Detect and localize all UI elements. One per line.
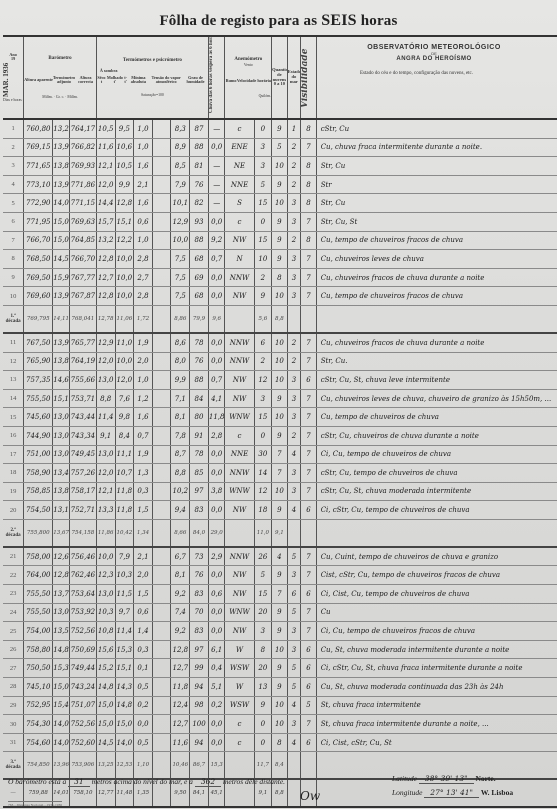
alt_cor-summary: 754,158 (69, 519, 96, 547)
tensao-cell: 7,8 (171, 426, 190, 445)
grau-cell: 76 (190, 352, 209, 371)
rumo-cell: WSW (225, 659, 254, 678)
rumo-cell: NNW (225, 268, 254, 287)
sky-state-header: Estado do céu e do tempo, configuração d… (360, 71, 473, 76)
vel-cell: 13 (254, 678, 272, 697)
vis-cell: 7 (301, 566, 317, 585)
table-row: 12765,9013,8764,1912,010,02,08,0760,0NNW… (3, 352, 557, 371)
chuva-cell: 0,0 (208, 445, 225, 464)
molh-cell: 12,8 (115, 194, 134, 213)
diff-summary: 1,72 (134, 305, 153, 333)
alt_cor-cell: 753,92 (69, 603, 96, 622)
mar-cell: 2 (287, 138, 300, 157)
nuv-cell: 8 (272, 268, 288, 287)
term-cell: 15,0 (53, 678, 70, 697)
term-cell: 14,0 (53, 733, 70, 752)
diff-cell: 0,6 (134, 212, 153, 231)
term-cell: 13,2 (53, 119, 70, 138)
decade-summary-row: 1.ª década769,79514,11768,04112,7811,061… (3, 305, 557, 333)
nuv-cell: 9 (272, 175, 288, 194)
alt_cor-cell: 771,86 (69, 175, 96, 194)
diff-cell: 1,6 (134, 194, 153, 213)
alt_ap-cell: 772,90 (24, 194, 53, 213)
term-cell: 15,1 (53, 389, 70, 408)
tensao-cell: 12,4 (171, 696, 190, 715)
table-row: 2769,1513,9766,8211,610,61,08,9880,0ENE3… (3, 138, 557, 157)
alt_cor-cell: 753,71 (69, 389, 96, 408)
tensao-cell: 9,2 (171, 622, 190, 641)
alt_cor-cell: 757,26 (69, 464, 96, 483)
vis-cell: 7 (301, 408, 317, 427)
alt_cor-cell: 764,85 (69, 231, 96, 250)
vis-cell: 7 (301, 268, 317, 287)
rumo-cell: NW (225, 501, 254, 520)
vel-cell: 15 (254, 231, 272, 250)
min-cell (152, 464, 171, 483)
alt_cor-cell: 753,64 (69, 585, 96, 604)
alt_cor-cell: 752,56 (69, 715, 96, 734)
chuva-cell: — (208, 194, 225, 213)
mar-cell: 3 (287, 212, 300, 231)
grau-cell: 83 (190, 501, 209, 520)
day-cell: 30 (3, 715, 24, 734)
mar-cell: 3 (287, 408, 300, 427)
alt_cor-cell: 764,19 (69, 352, 96, 371)
diff-cell: 2,8 (134, 250, 153, 269)
alt_ap-cell: 755,50 (24, 585, 53, 604)
table-row: 8768,5014,5766,7012,810,02,87,5680,7N109… (3, 250, 557, 269)
seco-cell: 13,2 (96, 231, 115, 250)
molh-cell: 10,6 (115, 138, 134, 157)
day-cell: 10 (3, 287, 24, 306)
vis-cell: 6 (301, 678, 317, 697)
nuv-cell: 7 (272, 464, 288, 483)
alt_ap-cell: 765,90 (24, 352, 53, 371)
vel-cell: 5 (254, 175, 272, 194)
seco-cell: 8,8 (96, 389, 115, 408)
chuva-cell: 0,0 (208, 352, 225, 371)
molh-cell: 10,7 (115, 464, 134, 483)
grau-cell: 83 (190, 622, 209, 641)
tensao-cell: 12,7 (171, 715, 190, 734)
vis-cell: 8 (301, 119, 317, 138)
diff-cell: 1,6 (134, 157, 153, 176)
seco-cell: 13,3 (96, 501, 115, 520)
grau-cell: 76 (190, 175, 209, 194)
vis-cell: 5 (301, 696, 317, 715)
tensao-cell: 8,1 (171, 408, 190, 427)
day-cell: 3 (3, 157, 24, 176)
day-cell: 28 (3, 678, 24, 697)
grau-cell: 81 (190, 157, 209, 176)
table-row: 17751,0013,0749,4513,011,11,98,7780,0NNE… (3, 445, 557, 464)
summary-label: 1.ª década (3, 305, 24, 333)
alt_ap-cell: 754,50 (24, 501, 53, 520)
rumo-cell: WNW (225, 408, 254, 427)
vel-cell: 12 (254, 371, 272, 390)
rumo-cell: NNW (225, 547, 254, 566)
rumo-cell: c (225, 733, 254, 752)
seco-cell: 11,6 (96, 138, 115, 157)
chuva-cell: 0,7 (208, 371, 225, 390)
vel-cell: 5 (254, 566, 272, 585)
vel-summary: 11,0 (254, 519, 272, 547)
molh-cell: 14,8 (115, 696, 134, 715)
anemometer-group: Anemómetro Vento Rumo Velocidade horária… (225, 37, 272, 119)
molh-cell: 11,4 (115, 622, 134, 641)
min-cell (152, 445, 171, 464)
nuv-cell: 10 (272, 194, 288, 213)
rem-cell: cStr, Cu, chuveiros de chuva durante a n… (316, 426, 557, 445)
seco-cell: 12,0 (96, 352, 115, 371)
table-row: 20754,5013,1752,7113,311,81,59,4830,0NW1… (3, 501, 557, 520)
vel-cell: 8 (254, 640, 272, 659)
min-summary (152, 305, 171, 333)
chuva-cell: 0,0 (208, 268, 225, 287)
barometer-note: O barómetro está a 31 metros acima do ni… (8, 777, 285, 786)
chuva-cell: — (208, 119, 225, 138)
alt_ap-cell: 755,50 (24, 389, 53, 408)
vis-cell: 7 (301, 445, 317, 464)
vis-cell: 6 (301, 733, 317, 752)
alt_ap-cell: 758,90 (24, 464, 53, 483)
rem-cell: Cu, chuveiros leves de chuva, chuveiro d… (316, 389, 557, 408)
tensao-cell: 8,9 (171, 138, 190, 157)
alt_cor-cell: 765,77 (69, 333, 96, 352)
seco-summary: 11,86 (96, 519, 115, 547)
diff-cell: 0,5 (134, 678, 153, 697)
rumo-cell: W (225, 678, 254, 697)
seco-summary: 12,78 (96, 305, 115, 333)
mar-cell: 3 (287, 194, 300, 213)
mar-cell: 5 (287, 659, 300, 678)
molh-cell: 11,8 (115, 482, 134, 501)
tensao-cell: 9,2 (171, 585, 190, 604)
nuv-cell: 10 (272, 371, 288, 390)
molh-cell: 7,9 (115, 547, 134, 566)
vel-cell: 3 (254, 138, 272, 157)
alt_ap-summary: 769,795 (24, 305, 53, 333)
alt_ap-cell: 771,65 (24, 157, 53, 176)
tensao-cell: 7,4 (171, 603, 190, 622)
chuva-cell: 4,1 (208, 389, 225, 408)
vis-summary (301, 519, 317, 547)
vel-cell: 2 (254, 268, 272, 287)
vel-cell: 30 (254, 445, 272, 464)
min-cell (152, 482, 171, 501)
rem-cell: Cist, cStr, Cu, tempo de chuveiros fraco… (316, 566, 557, 585)
molh-cell: 11,5 (115, 585, 134, 604)
table-row: 25754,0013,5752,5610,811,41,49,2830,0NW3… (3, 622, 557, 641)
diff-cell: 0,6 (134, 603, 153, 622)
term-cell: 13,9 (53, 333, 70, 352)
rem-cell: Cu, chuva fraca intermitente durante a n… (316, 138, 557, 157)
min-cell (152, 371, 171, 390)
term-cell: 13,9 (53, 175, 70, 194)
alt_ap-cell: 752,95 (24, 696, 53, 715)
rem-cell: St, chuva fraca intermitente (316, 696, 557, 715)
vis-cell: 8 (301, 231, 317, 250)
tensao-cell: 7,5 (171, 268, 190, 287)
alt_cor-cell: 758,17 (69, 482, 96, 501)
molh-cell: 12,0 (115, 371, 134, 390)
mar-cell: 4 (287, 696, 300, 715)
table-row: 1760,8013,2764,1710,59,51,08,387—c0918cS… (3, 119, 557, 138)
alt_ap-cell: 769,60 (24, 287, 53, 306)
diff-cell: 1,6 (134, 408, 153, 427)
grau-cell: 69 (190, 268, 209, 287)
mar-cell: 1 (287, 119, 300, 138)
rem-cell: cStr, Cu, St, chuva leve intermitente (316, 371, 557, 390)
nuv-cell: 10 (272, 696, 288, 715)
rem-summary (316, 519, 557, 547)
rem-cell: Cu, chuveiros fracos de chuva durante a … (316, 268, 557, 287)
rem-summary (316, 305, 557, 333)
seco-cell: 14,4 (96, 194, 115, 213)
min-cell (152, 640, 171, 659)
nuv-cell: 10 (272, 157, 288, 176)
molh-cell: 8,4 (115, 426, 134, 445)
mar-cell: 3 (287, 371, 300, 390)
alt_cor-cell: 769,93 (69, 157, 96, 176)
rumo-summary (225, 305, 254, 333)
min-cell (152, 566, 171, 585)
rumo-cell: NNW (225, 464, 254, 483)
tensao-cell: 6,7 (171, 547, 190, 566)
day-cell: 13 (3, 371, 24, 390)
nuv-cell: 7 (272, 445, 288, 464)
alt_cor-summary: 768,041 (69, 305, 96, 333)
grau-cell: 94 (190, 733, 209, 752)
table-row: 11767,5013,9765,7712,911,01,98,6780,0NNW… (3, 333, 557, 352)
diff-cell: 2,8 (134, 287, 153, 306)
alt_cor-cell: 766,82 (69, 138, 96, 157)
term-cell: 13,9 (53, 138, 70, 157)
day-cell: 7 (3, 231, 24, 250)
seco-cell: 9,1 (96, 426, 115, 445)
tensao-cell: 8,5 (171, 157, 190, 176)
molh-cell: 12,2 (115, 231, 134, 250)
chuva-cell: 0,6 (208, 585, 225, 604)
grau-cell: 91 (190, 426, 209, 445)
term-cell: 13,0 (53, 445, 70, 464)
day-cell: 26 (3, 640, 24, 659)
grau-cell: 87 (190, 119, 209, 138)
rumo-cell: WSW (225, 696, 254, 715)
grau-cell: 68 (190, 287, 209, 306)
mar-summary (287, 305, 300, 333)
mar-cell: 3 (287, 464, 300, 483)
diff-cell: 0,7 (134, 426, 153, 445)
mar-cell: 3 (287, 715, 300, 734)
seco-cell: 15,7 (96, 212, 115, 231)
tensao-cell: 8,1 (171, 566, 190, 585)
chuva-summary: 29,0 (208, 519, 225, 547)
rumo-cell: c (225, 426, 254, 445)
grau-summary: 84,0 (190, 519, 209, 547)
grau-cell: 94 (190, 678, 209, 697)
seco-cell: 10,8 (96, 622, 115, 641)
grau-cell: 85 (190, 464, 209, 483)
rumo-cell: NW (225, 231, 254, 250)
rem-cell: Ci, Cu, tempo de chuveiros de chuva (316, 445, 557, 464)
term-cell: 13,7 (53, 585, 70, 604)
grau-cell: 93 (190, 212, 209, 231)
vel-cell: 9 (254, 696, 272, 715)
seco-cell: 12,1 (96, 157, 115, 176)
rem-cell: Cu, tempo de chuveiros fracos de chuva (316, 231, 557, 250)
nuv-cell: 10 (272, 482, 288, 501)
rumo-cell: c (225, 715, 254, 734)
observatory-stamp: OBSERVATÓRIO METEOROLÓGICO DE ANGRA DO H… (334, 44, 534, 62)
table-row: 21758,0012,6756,4610,07,92,16,7732,9NNW2… (3, 547, 557, 566)
term-cell: 15,4 (53, 696, 70, 715)
register-sheet: Fôlha de registo para as SEIS horas Ano1… (0, 0, 557, 809)
rumo-cell: NW (225, 585, 254, 604)
tensao-cell: 9,4 (171, 501, 190, 520)
chuva-cell: 0,0 (208, 715, 225, 734)
table-row: 19758,8513,8758,1712,111,80,310,2973,8WN… (3, 482, 557, 501)
vis-cell: 6 (301, 659, 317, 678)
day-cell: 23 (3, 585, 24, 604)
day-cell: 17 (3, 445, 24, 464)
rem-cell: Str (316, 175, 557, 194)
tensao-cell: 12,7 (171, 659, 190, 678)
molh-cell: 7,6 (115, 389, 134, 408)
vel-cell: 26 (254, 547, 272, 566)
term-cell: 13,9 (53, 287, 70, 306)
term-cell: 12,6 (53, 547, 70, 566)
alt_ap-cell: 758,00 (24, 547, 53, 566)
day-cell: 24 (3, 603, 24, 622)
mar-cell: 2 (287, 426, 300, 445)
diff-cell: 0,3 (134, 640, 153, 659)
alt_ap-cell: 750,50 (24, 659, 53, 678)
alt_cor-cell: 767,87 (69, 287, 96, 306)
alt_ap-cell: 768,50 (24, 250, 53, 269)
mar-cell: 5 (287, 603, 300, 622)
day-cell: 6 (3, 212, 24, 231)
chuva-cell: 0,4 (208, 659, 225, 678)
day-cell: 29 (3, 696, 24, 715)
alt_cor-cell: 755,66 (69, 371, 96, 390)
vis-cell: 7 (301, 287, 317, 306)
term-cell: 15,9 (53, 268, 70, 287)
grau-cell: 100 (190, 715, 209, 734)
min-cell (152, 138, 171, 157)
sea-state-header: Estado do mar (287, 37, 300, 119)
vel-cell: 18 (254, 501, 272, 520)
alt_cor-cell: 752,56 (69, 622, 96, 641)
rumo-cell: NW (225, 389, 254, 408)
seco-cell: 15,0 (96, 715, 115, 734)
rumo-cell: W (225, 640, 254, 659)
chuva-cell: 0,0 (208, 566, 225, 585)
seco-cell: 11,4 (96, 408, 115, 427)
mar-cell: 4 (287, 445, 300, 464)
chuva-cell: 5,1 (208, 678, 225, 697)
vis-cell: 7 (301, 715, 317, 734)
vis-cell: 6 (301, 501, 317, 520)
longitude: Longitude 27° 13' 41" W. Lisboa (392, 788, 513, 797)
diff-cell: 0,0 (134, 715, 153, 734)
table-row: 28745,1015,0743,2414,814,30,511,8945,1W1… (3, 678, 557, 697)
alt_cor-cell: 762,46 (69, 566, 96, 585)
table-row: 24755,5013,0753,9210,39,70,67,4700,0WNW2… (3, 603, 557, 622)
term-cell: 13,0 (53, 603, 70, 622)
mar-cell: 2 (287, 175, 300, 194)
chuva-cell: 3,8 (208, 482, 225, 501)
tensao-cell: 9,9 (171, 371, 190, 390)
table-row: 7766,7015,0764,8513,212,21,010,0889,2NW1… (3, 231, 557, 250)
grau-cell: 97 (190, 640, 209, 659)
alt_ap-cell: 754,00 (24, 622, 53, 641)
term-cell: 14,0 (53, 715, 70, 734)
diff-cell: 1,0 (134, 371, 153, 390)
day-cell: 1 (3, 119, 24, 138)
alt_cor-cell: 766,70 (69, 250, 96, 269)
vis-cell: 8 (301, 175, 317, 194)
molh-cell: 15,1 (115, 212, 134, 231)
tensao-cell: 12,8 (171, 640, 190, 659)
grau-cell: 97 (190, 482, 209, 501)
molh-cell: 10,0 (115, 250, 134, 269)
nuv-cell: 10 (272, 715, 288, 734)
vis-cell: 8 (301, 157, 317, 176)
table-row: 13757,3514,6755,6613,012,01,09,9880,7NW1… (3, 371, 557, 390)
vis-cell: 7 (301, 426, 317, 445)
vel-cell: 2 (254, 352, 272, 371)
alt_ap-cell: 764,00 (24, 566, 53, 585)
mar-cell: 2 (287, 333, 300, 352)
grau-cell: 82 (190, 194, 209, 213)
rem-cell: Cu, tempo de chuveiros fracos de chuva (316, 287, 557, 306)
term-summary: 14,11 (53, 305, 70, 333)
nuv-cell: 10 (272, 352, 288, 371)
chuva-cell: 2,9 (208, 547, 225, 566)
mar-cell: 3 (287, 482, 300, 501)
day-cell: 20 (3, 501, 24, 520)
latitude: Latitude 38° 39' 13" Norte. (392, 774, 496, 783)
molh-cell: 15,3 (115, 640, 134, 659)
alt_cor-cell: 743,34 (69, 426, 96, 445)
rumo-cell: NE (225, 157, 254, 176)
vis-cell: 7 (301, 138, 317, 157)
seco-cell: 10,5 (96, 119, 115, 138)
month-header: Ano19 MAR. 1936 Dias e horas da lua (3, 37, 24, 119)
nuv-cell: 4 (272, 547, 288, 566)
alt_cor-cell: 751,07 (69, 696, 96, 715)
seco-cell: 12,1 (96, 482, 115, 501)
tensao-cell: 8,3 (171, 119, 190, 138)
min-cell (152, 408, 171, 427)
seco-cell: 12,8 (96, 287, 115, 306)
seco-cell: 12,3 (96, 566, 115, 585)
seco-cell: 12,0 (96, 464, 115, 483)
grau-cell: 84 (190, 389, 209, 408)
grau-cell: 78 (190, 445, 209, 464)
chuva-cell: 0,0 (208, 603, 225, 622)
rem-cell: Cu (316, 603, 557, 622)
term-cell: 15,0 (53, 231, 70, 250)
vel-cell: 15 (254, 585, 272, 604)
tensao-cell: 12,9 (171, 212, 190, 231)
alt_ap-cell: 760,80 (24, 119, 53, 138)
diff-cell: 1,4 (134, 622, 153, 641)
page-title: Fôlha de registo para as SEIS horas (0, 12, 557, 30)
mar-cell: 3 (287, 389, 300, 408)
chuva-cell: 9,2 (208, 231, 225, 250)
